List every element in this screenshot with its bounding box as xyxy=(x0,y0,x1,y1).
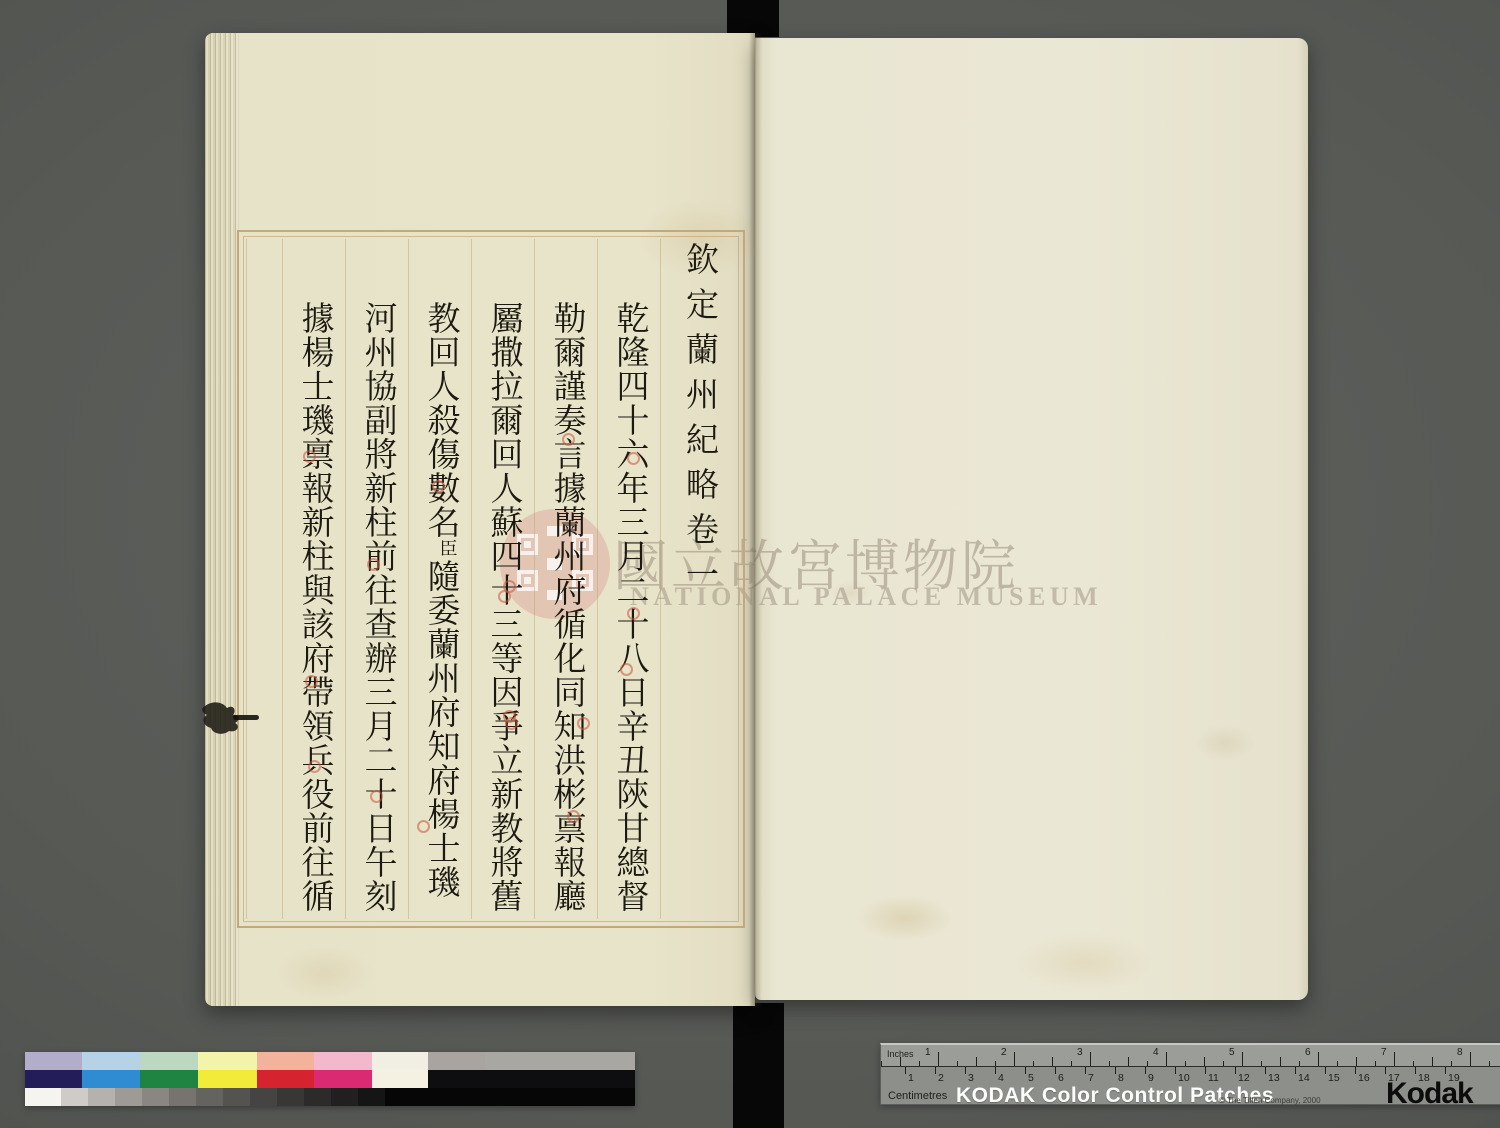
inch-tick-quarter xyxy=(1185,1061,1186,1066)
spine-band-bottom xyxy=(733,1003,784,1128)
color-patch xyxy=(140,1070,198,1088)
inch-tick-half xyxy=(1356,1057,1357,1066)
column-text: 屬撒拉爾回人蘇四十三等因爭立新教將舊 xyxy=(487,301,520,981)
cm-number: 13 xyxy=(1268,1072,1280,1084)
cm-tick xyxy=(1385,1067,1386,1074)
vermillion-mark xyxy=(627,607,640,620)
inch-number: 3 xyxy=(1077,1047,1083,1058)
inch-number: 1 xyxy=(925,1047,931,1058)
inch-tick-half xyxy=(1052,1057,1053,1066)
cm-tick xyxy=(1145,1067,1146,1074)
color-patch xyxy=(140,1052,198,1070)
color-patch xyxy=(314,1052,372,1070)
inch-tick xyxy=(1166,1052,1167,1066)
column-text: 河州協副將新柱前往查辦三月二十日午刻 xyxy=(361,301,394,981)
cm-tick xyxy=(905,1067,906,1074)
smudge-stroke xyxy=(233,715,259,720)
inch-scale: Inches 12345678 xyxy=(881,1045,1500,1067)
ink-smudge xyxy=(197,688,267,753)
manuscript-column xyxy=(246,239,282,919)
vermillion-mark xyxy=(367,558,380,571)
color-patch xyxy=(169,1088,196,1106)
spine-band-top xyxy=(727,0,779,37)
inch-tick-quarter xyxy=(1299,1061,1300,1066)
manuscript-column: 欽定蘭州紀略卷一 xyxy=(660,239,736,919)
vermillion-mark xyxy=(577,717,590,730)
color-patch xyxy=(428,1052,485,1070)
color-patch xyxy=(250,1088,277,1106)
inch-tick-quarter xyxy=(957,1061,958,1066)
cm-tick xyxy=(1175,1067,1176,1074)
cm-number: 4 xyxy=(998,1072,1004,1084)
tiffen-copyright: © The Tiffen Company, 2000 xyxy=(1219,1096,1321,1105)
cm-tick xyxy=(1325,1067,1326,1074)
vermillion-mark xyxy=(308,760,321,773)
color-patch xyxy=(372,1070,428,1088)
inch-tick-quarter xyxy=(1489,1061,1490,1066)
cm-tick xyxy=(1355,1067,1356,1074)
column-text: 欽定蘭州紀略卷一 xyxy=(682,242,715,922)
vermillion-mark xyxy=(627,452,640,465)
color-bar-row2 xyxy=(25,1070,635,1088)
inch-number: 6 xyxy=(1305,1047,1311,1058)
inch-tick xyxy=(1090,1052,1091,1066)
color-patch xyxy=(304,1088,331,1106)
cm-tick xyxy=(1055,1067,1056,1074)
inch-tick-quarter xyxy=(1033,1061,1034,1066)
inch-tick-quarter xyxy=(1109,1061,1110,1066)
inch-tick-half xyxy=(1204,1057,1205,1066)
color-patch xyxy=(257,1070,314,1088)
inch-tick xyxy=(1242,1052,1243,1066)
inch-number: 5 xyxy=(1229,1047,1235,1058)
inch-number: 7 xyxy=(1381,1047,1387,1058)
inch-tick-quarter xyxy=(919,1061,920,1066)
color-patch xyxy=(277,1088,304,1106)
spine-crease xyxy=(749,33,762,1006)
cm-tick xyxy=(1265,1067,1266,1074)
color-patch xyxy=(82,1070,140,1088)
inch-number: 8 xyxy=(1457,1047,1463,1058)
cm-tick xyxy=(1025,1067,1026,1074)
manuscript-column: 屬撒拉爾回人蘇四十三等因爭立新教將舊 xyxy=(471,239,534,919)
inch-tick-quarter xyxy=(1261,1061,1262,1066)
inch-tick-quarter xyxy=(1071,1061,1072,1066)
cm-tick xyxy=(1445,1067,1446,1074)
color-patch xyxy=(198,1052,257,1070)
vermillion-mark xyxy=(370,790,383,803)
color-patch xyxy=(428,1070,635,1088)
cm-number: 6 xyxy=(1058,1072,1064,1084)
manuscript-column: 乾隆四十六年三月二十八日辛丑陝甘總督 xyxy=(597,239,660,919)
color-bar-row1 xyxy=(25,1052,635,1070)
cm-number: 16 xyxy=(1358,1072,1370,1084)
color-bar-row3 xyxy=(25,1088,635,1106)
inch-number: 4 xyxy=(1153,1047,1159,1058)
inch-tick-quarter xyxy=(995,1061,996,1066)
cm-number: 5 xyxy=(1028,1072,1034,1084)
inch-tick-half xyxy=(1128,1057,1129,1066)
text-frame: 欽定蘭州紀略卷一乾隆四十六年三月二十八日辛丑陝甘總督勒爾謹奏言據蘭州府循化同知洪… xyxy=(237,230,745,928)
inch-tick-quarter xyxy=(1375,1061,1376,1066)
inch-tick-quarter xyxy=(881,1061,882,1066)
inch-tick-quarter xyxy=(1337,1061,1338,1066)
cm-tick xyxy=(1235,1067,1236,1074)
right-page xyxy=(755,38,1308,1000)
color-patch xyxy=(385,1088,635,1106)
vermillion-mark xyxy=(562,433,575,446)
vermillion-mark xyxy=(417,820,430,833)
color-patch xyxy=(358,1088,385,1106)
scan-stage: 欽定蘭州紀略卷一乾隆四十六年三月二十八日辛丑陝甘總督勒爾謹奏言據蘭州府循化同知洪… xyxy=(0,0,1500,1128)
color-patch xyxy=(257,1052,314,1070)
cm-number: 14 xyxy=(1298,1072,1310,1084)
cm-tick xyxy=(1205,1067,1206,1074)
vermillion-mark xyxy=(503,710,516,723)
cm-tick xyxy=(965,1067,966,1074)
manuscript-column: 勒爾謹奏言據蘭州府循化同知洪彬禀報廳 xyxy=(534,239,597,919)
inch-tick xyxy=(1470,1052,1471,1066)
inch-tick-half xyxy=(1432,1057,1433,1066)
color-patch xyxy=(372,1052,428,1070)
cm-number: 15 xyxy=(1328,1072,1340,1084)
open-book: 欽定蘭州紀略卷一乾隆四十六年三月二十八日辛丑陝甘總督勒爾謹奏言據蘭州府循化同知洪… xyxy=(205,33,1308,1006)
inch-tick xyxy=(1318,1052,1319,1066)
vermillion-mark xyxy=(498,590,511,603)
centimetres-label: Centimetres xyxy=(888,1090,947,1102)
kodak-ruler: Inches 12345678 123456789101112131415161… xyxy=(880,1043,1500,1105)
cm-number: 11 xyxy=(1208,1072,1219,1084)
column-text: 勒爾謹奏言據蘭州府循化同知洪彬禀報廳 xyxy=(550,301,583,981)
color-patch xyxy=(196,1088,223,1106)
vermillion-mark xyxy=(303,450,316,463)
column-text: 教回人殺傷數名臣隨委蘭州府知府楊士璣 xyxy=(424,301,457,981)
color-patch xyxy=(88,1088,115,1106)
cm-number: 12 xyxy=(1238,1072,1250,1084)
inch-tick-half xyxy=(976,1057,977,1066)
vermillion-mark xyxy=(305,675,318,688)
color-patch xyxy=(25,1070,82,1088)
inch-tick xyxy=(938,1052,939,1066)
color-patch xyxy=(198,1070,257,1088)
color-patch xyxy=(82,1052,140,1070)
left-page: 欽定蘭州紀略卷一乾隆四十六年三月二十八日辛丑陝甘總督勒爾謹奏言據蘭州府循化同知洪… xyxy=(205,33,755,1006)
cm-tick xyxy=(935,1067,936,1074)
inch-tick-quarter xyxy=(1413,1061,1414,1066)
small-annotation-char: 臣 xyxy=(438,539,458,559)
cm-number: 1 xyxy=(908,1072,914,1084)
inch-tick-half xyxy=(1280,1057,1281,1066)
cm-tick xyxy=(1085,1067,1086,1074)
inch-number: 2 xyxy=(1001,1047,1007,1058)
cm-number: 7 xyxy=(1088,1072,1094,1084)
inch-tick xyxy=(1394,1052,1395,1066)
inch-tick-quarter xyxy=(1451,1061,1452,1066)
cm-number: 3 xyxy=(968,1072,974,1084)
cm-tick xyxy=(1115,1067,1116,1074)
kodak-brand: Kodak xyxy=(1386,1077,1473,1111)
inch-tick-half xyxy=(900,1057,901,1066)
cm-number: 9 xyxy=(1148,1072,1154,1084)
manuscript-column: 河州協副將新柱前往查辦三月二十日午刻 xyxy=(345,239,408,919)
cm-number: 8 xyxy=(1118,1072,1124,1084)
page-fore-edge xyxy=(205,33,239,1006)
manuscript-column: 教回人殺傷數名臣隨委蘭州府知府楊士璣 xyxy=(408,239,471,919)
cm-tick xyxy=(995,1067,996,1074)
color-patch xyxy=(61,1088,88,1106)
kodak-color-bar xyxy=(25,1052,635,1106)
vermillion-mark xyxy=(432,480,445,493)
inch-tick-quarter xyxy=(1147,1061,1148,1066)
text-frame-columns: 欽定蘭州紀略卷一乾隆四十六年三月二十八日辛丑陝甘總督勒爾謹奏言據蘭州府循化同知洪… xyxy=(246,239,736,919)
cm-tick xyxy=(1415,1067,1416,1074)
color-patch xyxy=(223,1088,250,1106)
color-patch xyxy=(25,1088,61,1106)
cm-number: 10 xyxy=(1178,1072,1190,1084)
color-patch xyxy=(314,1070,372,1088)
color-patch xyxy=(485,1052,635,1070)
color-patch xyxy=(25,1052,82,1070)
cm-tick xyxy=(1295,1067,1296,1074)
inch-tick-quarter xyxy=(1223,1061,1224,1066)
column-text: 據楊士璣禀報新柱與該府帶領兵役前往循 xyxy=(298,301,331,981)
inch-tick xyxy=(1014,1052,1015,1066)
column-text: 乾隆四十六年三月二十八日辛丑陝甘總督 xyxy=(613,301,646,981)
color-patch xyxy=(115,1088,142,1106)
manuscript-column: 據楊士璣禀報新柱與該府帶領兵役前往循 xyxy=(282,239,345,919)
vermillion-mark xyxy=(620,663,633,676)
cm-number: 2 xyxy=(938,1072,944,1084)
vermillion-mark xyxy=(567,810,580,823)
color-patch xyxy=(331,1088,358,1106)
color-patch xyxy=(142,1088,169,1106)
